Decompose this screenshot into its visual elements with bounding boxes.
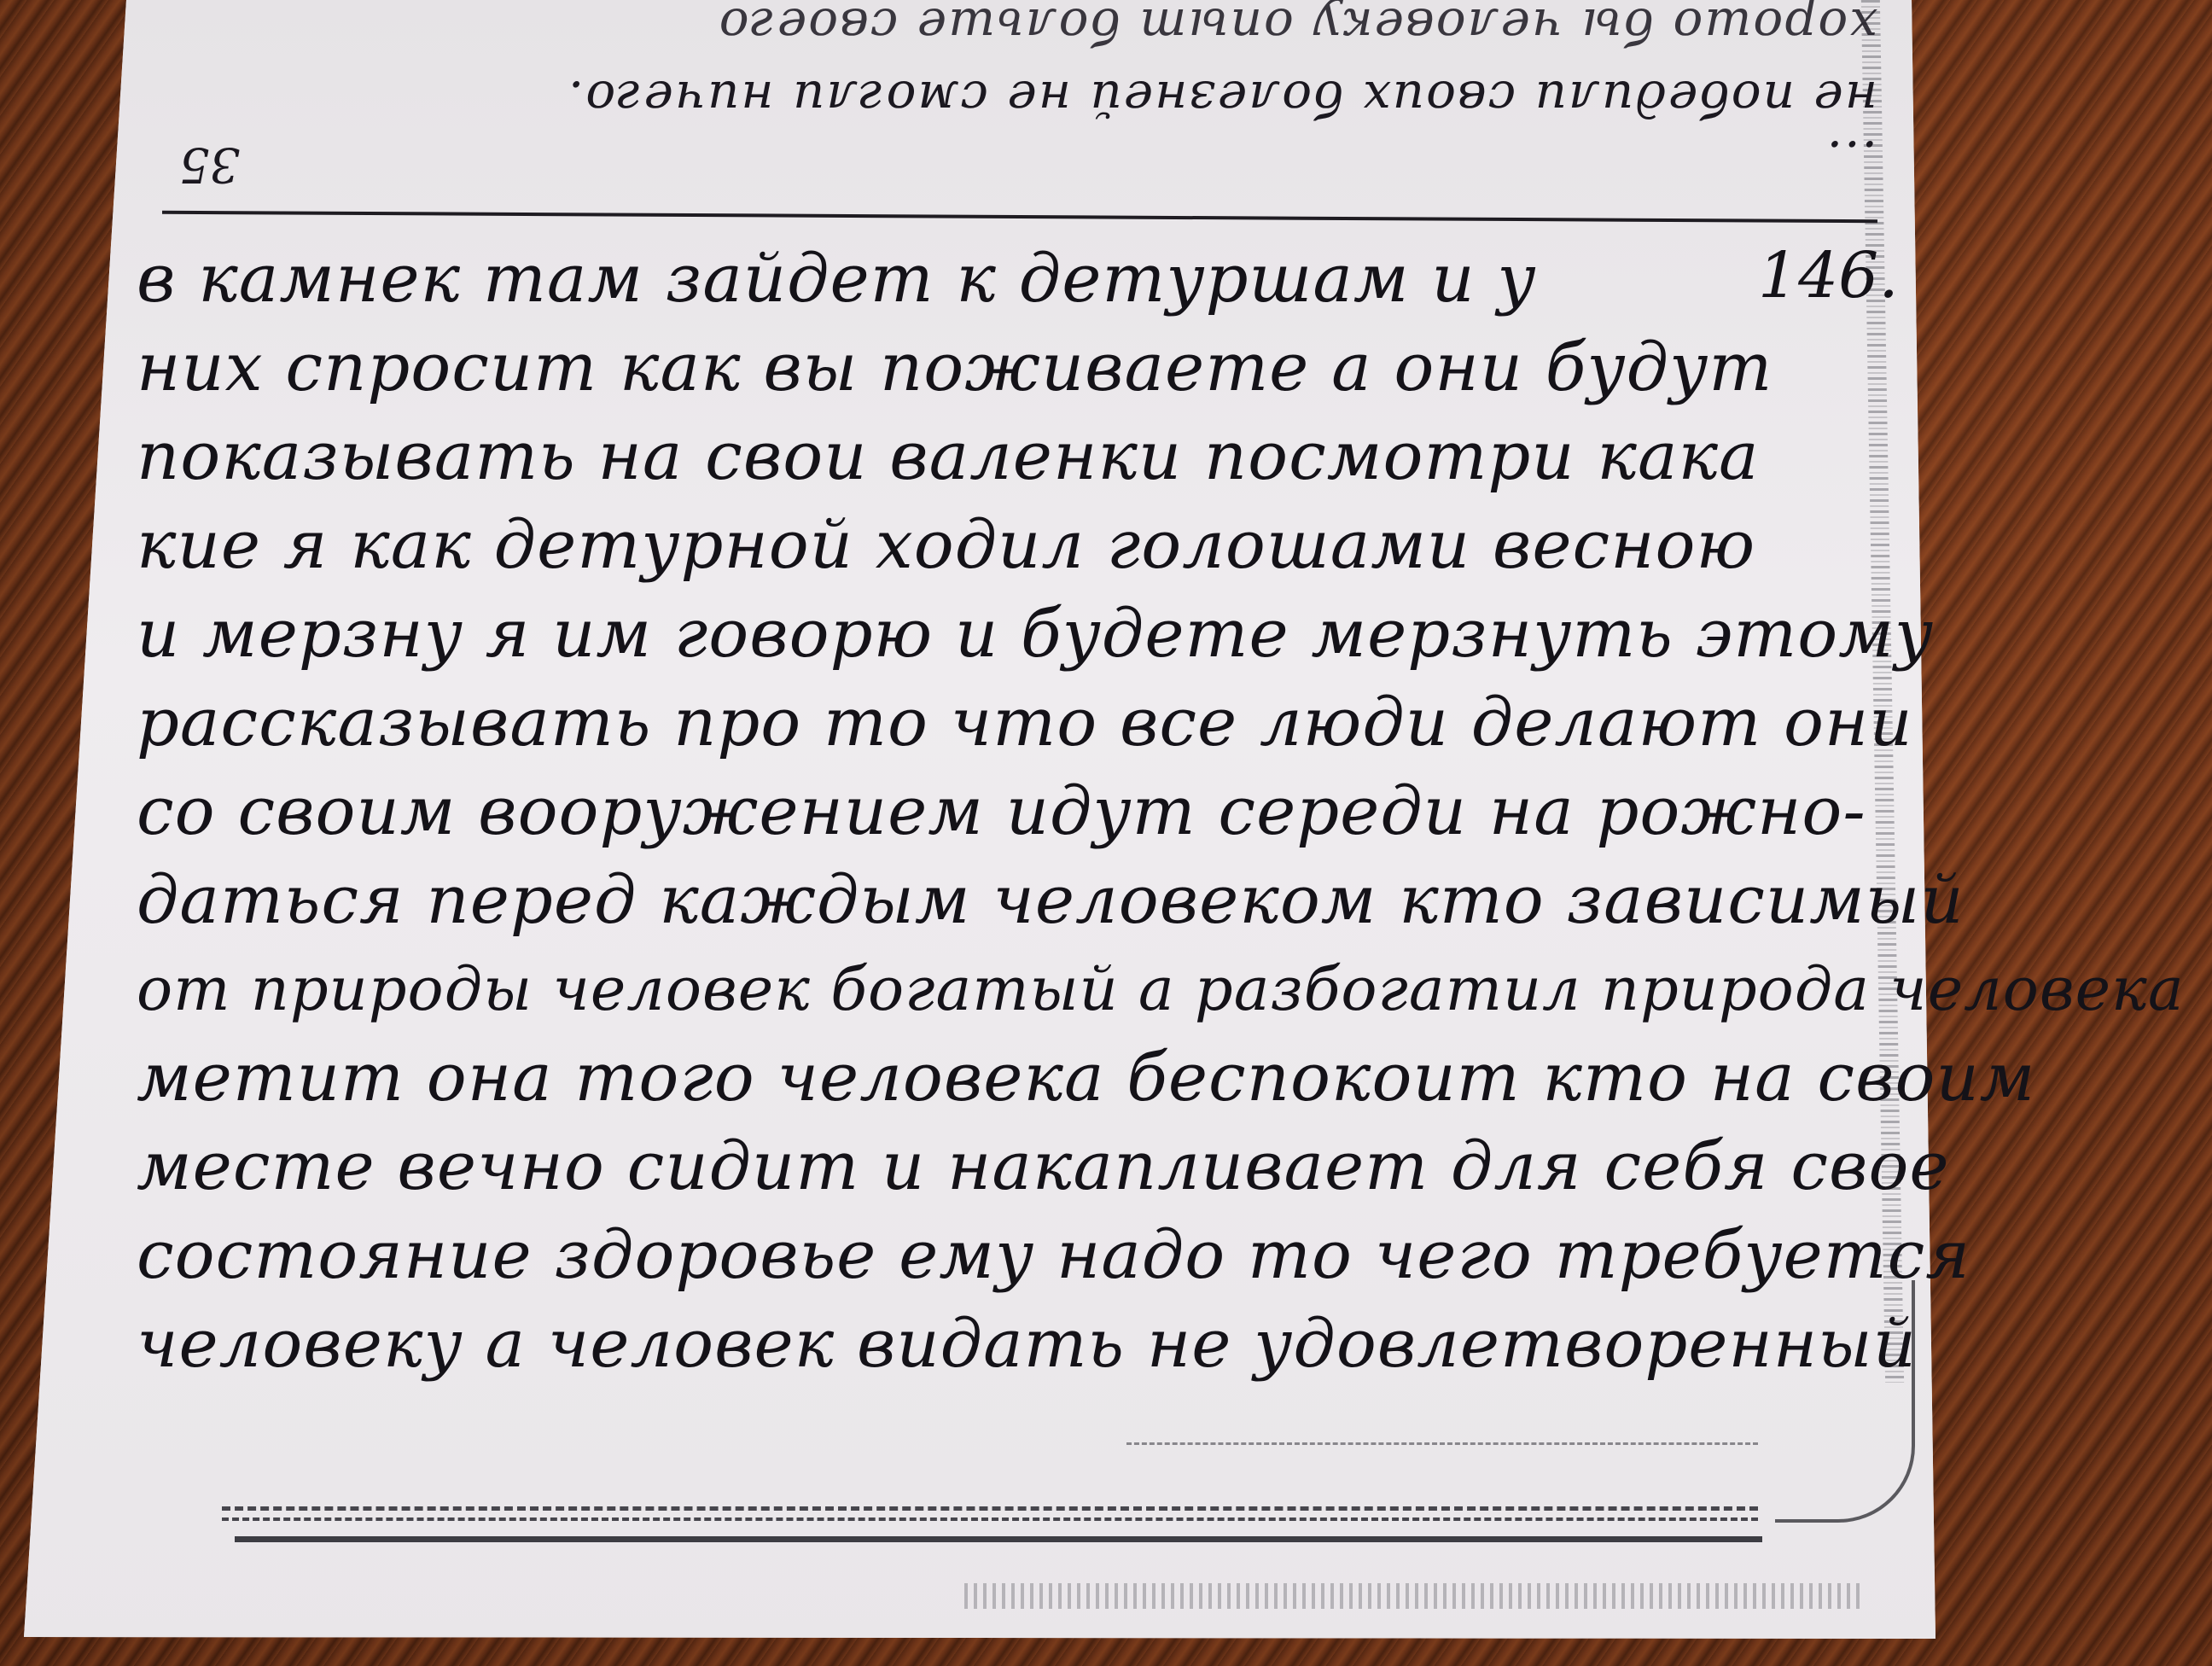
photocopy-footer-rule: [222, 1517, 1758, 1521]
photocopy-footer-smudge: [964, 1583, 1860, 1609]
photocopy-footer-rule: [222, 1506, 1758, 1511]
handwritten-line: и мерзну я им говорю и будете мерзнуть э…: [137, 590, 1903, 679]
handwritten-text-body: в камнек там зайдет к детуршам и у них с…: [137, 235, 1903, 1389]
photocopy-footer-rule: [1126, 1442, 1758, 1445]
photocopy-footer-rule: [235, 1536, 1762, 1542]
handwritten-line: показывать на свои валенки посмотри кака: [137, 412, 1903, 501]
handwritten-line: метит она того человека беспокоит кто на…: [137, 1034, 1903, 1122]
handwritten-line: месте вечно сидит и накапливает для себя…: [137, 1122, 1903, 1211]
handwritten-line: состояние здоровье ему надо то чего треб…: [137, 1211, 1903, 1300]
previous-page-number: 35: [179, 137, 240, 192]
upside-down-line: хорошо бы человеку опыт больше своего: [171, 0, 1877, 55]
handwritten-line: в камнек там зайдет к детуршам и у: [137, 235, 1903, 323]
handwritten-line: даться перед каждым человеком кто зависи…: [137, 856, 1903, 945]
photocopy-frame-corner: [1775, 1280, 1915, 1523]
handwritten-line: человеку а человек видать не удовлетворе…: [137, 1300, 1903, 1389]
previous-page-upside-down-text: ... не победили своих болезней не смогли…: [171, 0, 1877, 213]
upside-down-line: ...: [171, 130, 1877, 188]
handwritten-line: них спросит как вы поживаете а они будут: [137, 323, 1903, 412]
handwritten-line: кие я как детурной ходил голошами весною: [137, 501, 1903, 590]
handwritten-line: от природы человек богатый а разбогатил …: [137, 945, 1903, 1034]
upside-down-line: не победили своих болезней не смогли нич…: [171, 70, 1877, 128]
handwritten-line: рассказывать про то что все люди делают …: [137, 679, 1903, 767]
handwritten-line: со своим вооружением идут середи на рожн…: [137, 767, 1903, 856]
